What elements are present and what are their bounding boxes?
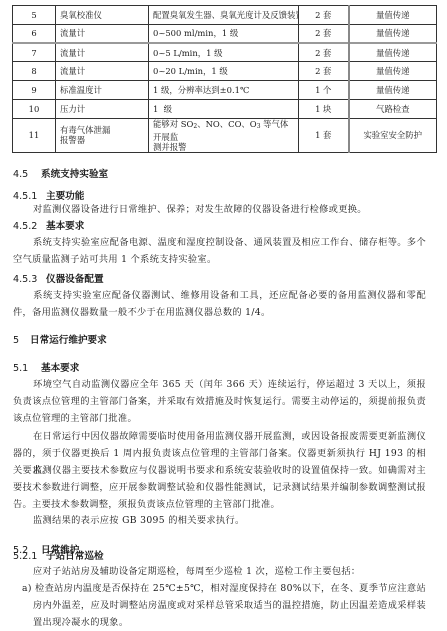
cell-spec: 0~500 ml/min，1 级 — [149, 24, 299, 43]
cell-name: 臭氧校准仪 — [56, 6, 149, 25]
paragraph-text: 环境空气自动监测仪器应全年 365 天（闰年 366 天）连续运行，停运超过 3… — [13, 379, 426, 424]
section-number: 5.2.1 — [13, 551, 46, 562]
cell-qty: 1 个 — [299, 81, 349, 100]
section-heading-5-1: 5.1基本要求 — [13, 360, 79, 374]
cell-spec: 0~5 L/min，1 级 — [149, 43, 299, 62]
paragraph-text: 应对子站站房及辅助设备定期巡检，每周至少巡检 1 次，巡检工作主要包括： — [33, 566, 360, 577]
cell-use: 量值传递 — [349, 81, 437, 100]
cell-spec: 1 级，分辨率达到±0.1℃ — [149, 81, 299, 100]
section-number: 5 — [13, 335, 30, 346]
spec-text: 能够对 SO — [153, 119, 193, 129]
cell-spec: 能够对 SO2、NO、CO、O3 等气体开展监 测并报警 — [149, 118, 299, 152]
table-row: 5 臭氧校准仪 配置臭氧发生器、臭氧光度计及反馈装置 2 套 量值传递 — [13, 6, 437, 25]
paragraph: 对监测仪器设备进行日常维护、保养；对发生故障的仪器设备进行检修或更换。 — [13, 201, 426, 218]
table-row: 10 压力计 1 级 1 块 气路检查 — [13, 99, 437, 118]
section-heading-4-5: 4.5系统支持实验室 — [13, 166, 108, 180]
cell-name: 标准温度计 — [56, 81, 149, 100]
cell-use: 量值传递 — [349, 24, 437, 43]
table-row: 9 标准温度计 1 级，分辨率达到±0.1℃ 1 个 量值传递 — [13, 81, 437, 100]
section-title: 仪器设备配置 — [46, 274, 104, 285]
cell-spec: 0~20 L/min，1 级 — [149, 62, 299, 81]
section-title: 日常运行维护要求 — [30, 335, 107, 346]
cell-qty: 2 套 — [299, 6, 349, 25]
section-number: 4.5 — [13, 169, 41, 180]
cell-name: 有毒气体泄漏 报警器 — [56, 118, 149, 152]
paragraph: 环境空气自动监测仪器应全年 365 天（闰年 366 天）连续运行，停运超过 3… — [13, 376, 426, 427]
list-item: a) 检查站房内温度是否保持在 25℃±5℃，相对湿度保持在 80%以下，在冬、… — [22, 580, 426, 631]
cell-no: 8 — [13, 62, 56, 81]
cell-name: 压力计 — [56, 99, 149, 118]
cell-name: 流量计 — [56, 24, 149, 43]
section-title: 子站日常巡检 — [46, 551, 104, 562]
section-heading-4-5-2: 4.5.2基本要求 — [13, 218, 84, 232]
cell-spec: 1 级 — [149, 99, 299, 118]
cell-use: 量值传递 — [349, 43, 437, 62]
paragraph: 监测仪器主要技术参数应与仪器说明书要求和系统安装验收时的设置值保持一致。如确需对… — [13, 462, 426, 513]
section-title: 基本要求 — [46, 221, 84, 232]
spec-text: 、NO、CO、O — [197, 119, 256, 129]
table-row: 7 流量计 0~5 L/min，1 级 2 套 量值传递 — [13, 43, 437, 62]
cell-name: 流量计 — [56, 62, 149, 81]
section-number: 4.5.2 — [13, 221, 46, 232]
paragraph: 系统支持实验室应配备仪器测试、维修用设备和工具，还应配备必要的备用监测仪器和零配… — [13, 287, 426, 321]
cell-no: 5 — [13, 6, 56, 25]
table-row: 6 流量计 0~500 ml/min，1 级 2 套 量值传递 — [13, 24, 437, 43]
paragraph-text: 对监测仪器设备进行日常维护、保养；对发生故障的仪器设备进行检修或更换。 — [33, 204, 367, 215]
paragraph: 系统支持实验室应配备电源、温度和湿度控制设备、通风装置及相应工作台、储存柜等。多… — [13, 234, 426, 268]
cell-no: 7 — [13, 43, 56, 62]
cell-qty: 2 套 — [299, 24, 349, 43]
cell-no: 10 — [13, 99, 56, 118]
spec-text: 测并报警 — [153, 142, 187, 152]
section-heading-4-5-1: 4.5.1主要功能 — [13, 188, 84, 202]
section-title: 系统支持实验室 — [41, 169, 108, 180]
cell-no: 11 — [13, 118, 56, 152]
cell-use: 量值传递 — [349, 62, 437, 81]
paragraph-text: 监测仪器主要技术参数应与仪器说明书要求和系统安装验收时的设置值保持一致。如确需对… — [13, 465, 426, 510]
paragraph-text: 系统支持实验室应配备仪器测试、维修用设备和工具，还应配备必要的备用监测仪器和零配… — [13, 290, 426, 318]
section-heading-5: 5日常运行维护要求 — [13, 332, 107, 346]
cell-name-line2: 报警器 — [60, 135, 85, 145]
cell-qty: 1 套 — [299, 118, 349, 152]
cell-use: 实验室安全防护 — [349, 118, 437, 152]
cell-no: 6 — [13, 24, 56, 43]
cell-use: 量值传递 — [349, 6, 437, 25]
cell-no: 9 — [13, 81, 56, 100]
cell-name-line1: 有毒气体泄漏 — [60, 125, 110, 135]
paragraph-text: 系统支持实验室应配备电源、温度和湿度控制设备、通风装置及相应工作台、储存柜等。多… — [13, 237, 426, 265]
section-heading-4-5-3: 4.5.3仪器设备配置 — [13, 271, 104, 285]
paragraph-text: 监测结果的表示应按 GB 3095 的相关要求执行。 — [33, 515, 245, 526]
section-title: 基本要求 — [41, 363, 79, 374]
cell-use: 气路检查 — [349, 99, 437, 118]
table-row: 11 有毒气体泄漏 报警器 能够对 SO2、NO、CO、O3 等气体开展监 测并… — [13, 118, 437, 152]
paragraph: 监测结果的表示应按 GB 3095 的相关要求执行。 — [13, 512, 426, 529]
paragraph: 应对子站站房及辅助设备定期巡检，每周至少巡检 1 次，巡检工作主要包括： — [13, 563, 426, 580]
section-number: 4.5.3 — [13, 274, 46, 285]
table-row: 8 流量计 0~20 L/min，1 级 2 套 量值传递 — [13, 62, 437, 81]
cell-spec: 配置臭氧发生器、臭氧光度计及反馈装置 — [149, 6, 299, 25]
section-heading-5-2-1: 5.2.1子站日常巡检 — [13, 548, 104, 562]
cell-qty: 1 块 — [299, 99, 349, 118]
cell-name: 流量计 — [56, 43, 149, 62]
equipment-table: 5 臭氧校准仪 配置臭氧发生器、臭氧光度计及反馈装置 2 套 量值传递 6 流量… — [12, 5, 437, 153]
section-number: 5.1 — [13, 363, 41, 374]
cell-qty: 2 套 — [299, 43, 349, 62]
cell-qty: 2 套 — [299, 62, 349, 81]
